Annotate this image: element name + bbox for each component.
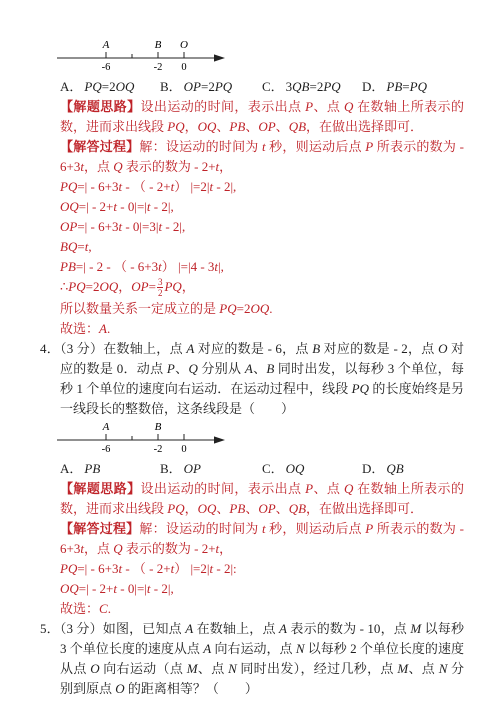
q3-solution-paragraph: 【解答过程】解：设运动的时间为 t 秒，则运动后点 P 所表示的数为 - 6+3… [60, 137, 464, 177]
axis-arrow-icon [214, 436, 225, 443]
q4-statement: 4．（3 分）在数轴上，点 A 对应的数是 - 6，点 B 对应的数是 - 2，… [40, 339, 464, 419]
tick-label-neg2: -2 [154, 62, 163, 73]
q3-options: A．PQ=2OQ B．OP=2PQ C．3QB=2PQ D．PB=PQ [60, 77, 464, 97]
q4-idea-paragraph: 【解题思路】设出运动的时间，表示出点 P、点 Q 在数轴上所表示的数，进而求出线… [60, 479, 464, 519]
question-4-block: 4．（3 分）在数轴上，点 A 对应的数是 - 6，点 B 对应的数是 - 2，… [40, 339, 464, 619]
fraction-three-halves: 32 [157, 278, 164, 299]
q4-option-b: B．OP [160, 459, 262, 479]
q3-option-d: D．PB=PQ [362, 77, 427, 97]
q3-step-pb: PB=| - 2 - （ - 6+3t） |=|4 - 3t|, [60, 257, 464, 277]
q4-option-c: C．OQ [262, 459, 362, 479]
q4-number-line-figure: A B -6 -2 0 [40, 421, 464, 457]
q3-step-pq: PQ=| - 6+3t - （ - 2+t） |=2|t - 2|, [60, 177, 464, 197]
tick-label-0: 0 [181, 62, 186, 73]
exam-document-page: A B O -6 -2 0 A．PQ=2OQ B．OP=2PQ C．3QB=2P… [0, 0, 500, 707]
idea-header: 【解题思路】 [60, 481, 141, 496]
q3-summary: 所以数量关系一定成立的是 PQ=2OQ. [60, 299, 464, 319]
q3-answer: 故选：A. [60, 319, 464, 339]
point-label-A: A [102, 39, 110, 51]
tick-label-neg6: -6 [102, 444, 111, 455]
q4-option-d: D．QB [362, 459, 404, 479]
q5-number: 5． [40, 621, 60, 636]
q3-idea-paragraph: 【解题思路】设出运动的时间，表示出点 P、点 Q 在数轴上所表示的数，进而求出线… [60, 97, 464, 137]
q3-option-b: B．OP=2PQ [160, 77, 262, 97]
q3-step-bq: BQ=t, [60, 237, 464, 257]
q4-step-oq: OQ=| - 2+t - 0|=|t - 2|, [60, 579, 464, 599]
point-label-B: B [155, 421, 162, 433]
solution-header: 【解答过程】 [60, 521, 139, 536]
point-label-B: B [155, 39, 162, 51]
q4-number: 4． [40, 341, 60, 356]
q3-option-c: C．3QB=2PQ [262, 77, 362, 97]
q3-number-line-figure: A B O -6 -2 0 [40, 35, 464, 75]
axis-arrow-icon [214, 54, 225, 61]
q4-step-pq: PQ=| - 6+3t - （ - 2+t） |=2|t - 2|: [60, 559, 464, 579]
q3-option-a: A．PQ=2OQ [60, 77, 160, 97]
q3-step-oq: OQ=| - 2+t - 0|=|t - 2|, [60, 197, 464, 217]
number-line-image: A B O -6 -2 0 [56, 35, 231, 75]
q4-solution-paragraph: 【解答过程】解：设运动的时间为 t 秒，则运动后点 P 所表示的数为 - 6+3… [60, 519, 464, 559]
question-5-block: 5．（3 分）如图，已知点 A 在数轴上，点 A 表示的数为 - 10，点 M … [40, 619, 464, 699]
tick-label-0: 0 [181, 444, 186, 455]
tick-label-neg2: -2 [154, 444, 163, 455]
q4-option-a: A．PB [60, 459, 160, 479]
idea-header: 【解题思路】 [60, 99, 141, 114]
solution-header: 【解答过程】 [60, 139, 139, 154]
q3-conclusion: ∴PQ=2OQ，OP=32PQ， [60, 277, 464, 299]
q4-answer: 故选：C. [60, 599, 464, 619]
q5-statement: 5．（3 分）如图，已知点 A 在数轴上，点 A 表示的数为 - 10，点 M … [40, 619, 464, 699]
point-label-O: O [180, 39, 188, 51]
question-3-block: A B O -6 -2 0 A．PQ=2OQ B．OP=2PQ C．3QB=2P… [40, 35, 464, 339]
point-label-A: A [102, 421, 110, 433]
q4-options: A．PB B．OP C．OQ D．QB [60, 459, 464, 479]
number-line-image: A B -6 -2 0 [56, 421, 231, 457]
q3-step-op: OP=| - 6+3t - 0|=3|t - 2|, [60, 217, 464, 237]
tick-label-neg6: -6 [102, 62, 111, 73]
